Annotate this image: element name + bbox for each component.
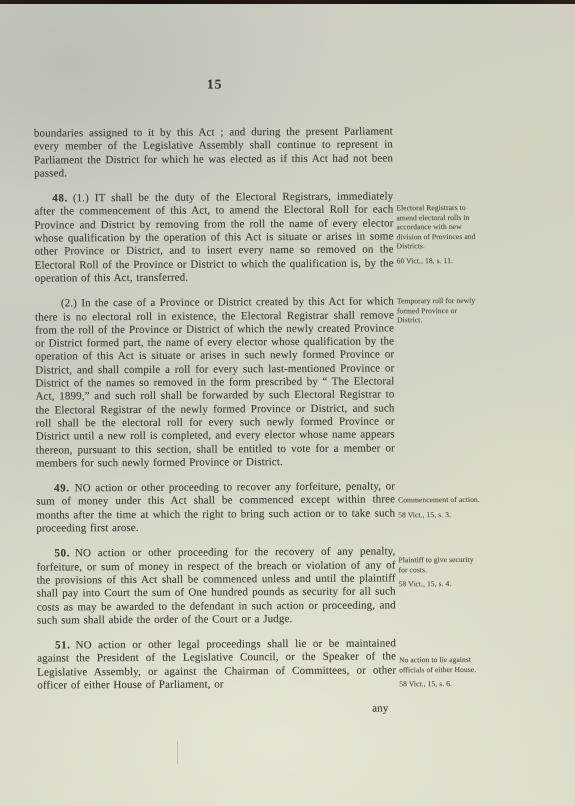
section-49-number: 49. [54, 482, 75, 494]
continuation-paragraph-text: boundaries assigned to it by this Act ; … [34, 125, 393, 179]
page-number: 15 [194, 76, 234, 92]
section-50-number: 50. [54, 548, 75, 560]
margin-note-citation: 58 Vict., 15, s. 3. [398, 509, 484, 519]
margin-note-section-50: Plaintiff to give security for costs. 58… [398, 555, 484, 589]
margin-note-text: Electoral Registrars to amend electoral … [396, 203, 482, 251]
margin-note-citation: 58 Vict., 15, s. 4. [399, 579, 485, 589]
section-51-number: 51. [55, 639, 76, 651]
section-49-text: NO action or other proceeding to recover… [36, 480, 395, 534]
section-50-paragraph: 50.NO action or other proceeding for the… [36, 546, 395, 628]
margin-note-section-48: Electoral Registrars to amend electoral … [396, 203, 482, 266]
section-48-text: (1.) IT shall be the duty of the Elector… [34, 191, 393, 285]
section-49-paragraph: 49.NO action or other proceeding to reco… [36, 480, 395, 535]
scanned-act-page: 15 boundaries assigned to it by this Act… [0, 0, 575, 806]
continuation-paragraph: boundaries assigned to it by this Act ; … [34, 125, 393, 180]
section-48-paragraph: 48.(1.) IT shall be the duty of the Elec… [34, 191, 394, 286]
margin-note-section-48-2: Temporary roll for newly formed Province… [397, 296, 483, 325]
margin-note-text: Temporary roll for newly formed Province… [397, 296, 483, 325]
section-51-text: NO action or other legal proceedings sha… [37, 637, 396, 691]
section-48-subsection-2-text: (2.) In the case of a Province or Distri… [35, 296, 395, 470]
margin-note-citation: 58 Vict., 15, s. 6. [399, 679, 485, 689]
section-48-number: 48. [52, 192, 73, 204]
margin-note-text: Plaintiff to give security for costs. [398, 555, 484, 575]
margin-note-citation: 60 Vict., 18, s. 11. [397, 256, 483, 266]
section-51-paragraph: 51.NO action or other legal proceedings … [37, 637, 396, 692]
margin-note-section-49: Commencement of action. 58 Vict., 15, s.… [398, 495, 484, 520]
margin-note-section-51: No action to lie against officials of ei… [399, 655, 485, 689]
section-50-text: NO action or other proceeding for the re… [36, 546, 395, 627]
section-48-subsection-2-paragraph: (2.) In the case of a Province or Distri… [35, 296, 395, 471]
margin-note-text: No action to lie against officials of ei… [399, 655, 485, 675]
body-text-column: boundaries assigned to it by this Act ; … [34, 125, 397, 718]
catchword: any [37, 703, 396, 718]
margin-note-text: Commencement of action. [398, 495, 484, 505]
page-content: 15 boundaries assigned to it by this Act… [0, 0, 575, 806]
